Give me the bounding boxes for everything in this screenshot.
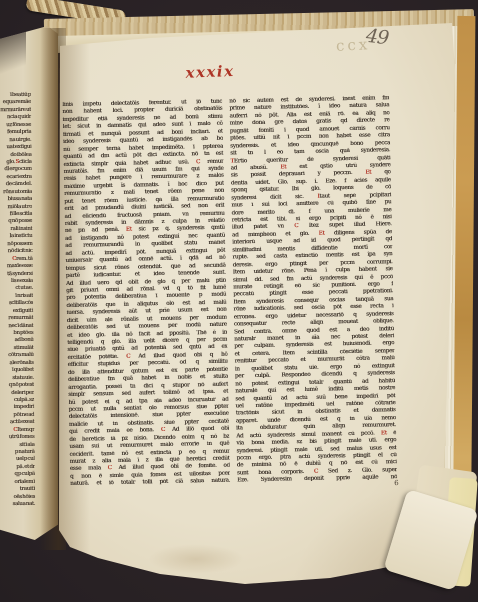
printed-text-block: xxxix linis impetu delectatõis ferentur.… [62, 89, 407, 526]
folio-numeral: xxxix [185, 62, 235, 82]
book-photograph: ī beatiū pequa remãemrmurãre utncia q ui… [0, 0, 478, 602]
page-stain [148, 544, 244, 574]
text-column-right: nō sic autem est de synderesi. inest eni… [229, 95, 397, 485]
text-line: salua nat. [2, 501, 35, 509]
text-column-left: linis impetu delectatõis ferentur. ut iõ… [62, 99, 230, 489]
facing-page-text-fragments: ī beatiū pequa remãemrmurãre utncia q ui… [0, 92, 35, 509]
quire-signature: 6 [394, 479, 399, 487]
pencil-foliation: 49 [365, 25, 390, 50]
